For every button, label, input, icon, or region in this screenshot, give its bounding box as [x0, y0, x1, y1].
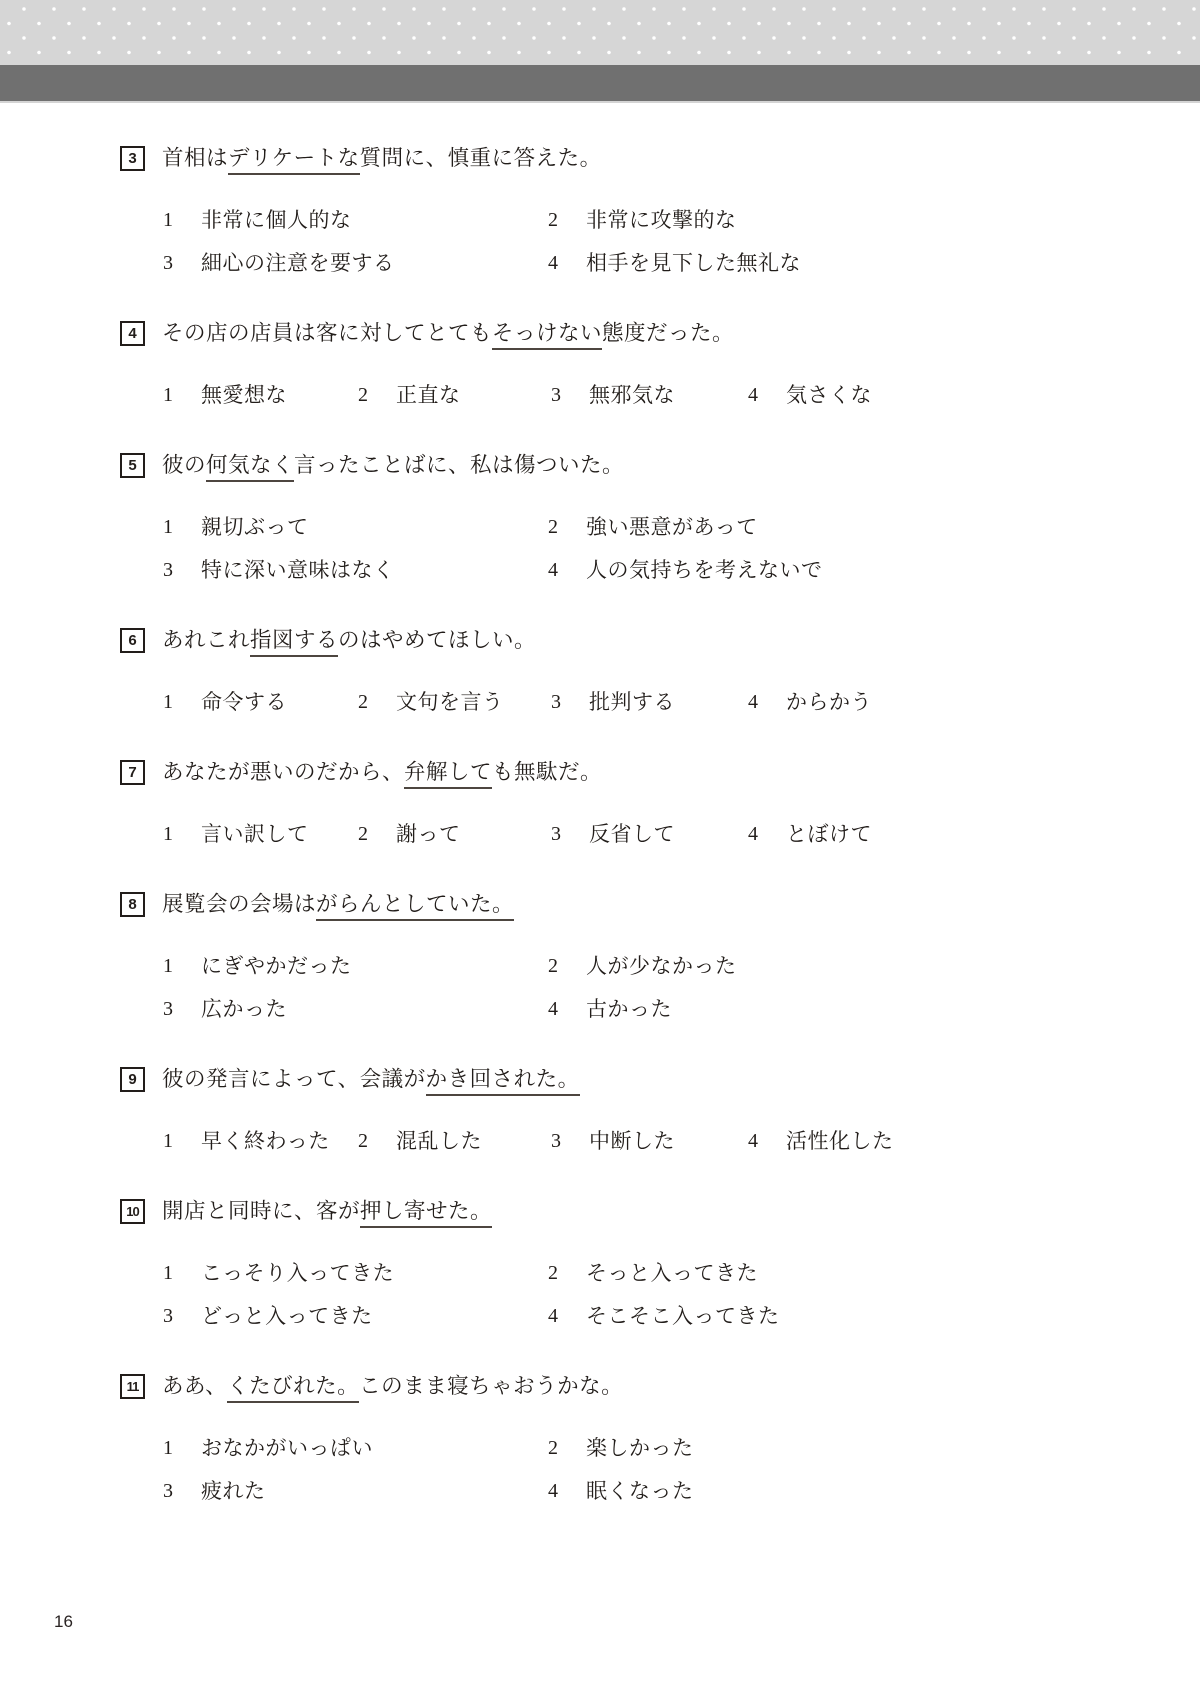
question-7: 7 あなたが悪いのだから、弁解しても無駄だ。 1言い訳して 2謝って 3反省して…	[120, 757, 1140, 849]
option-number: 2	[548, 1434, 560, 1463]
option-text: おなかがいっぱい	[201, 1434, 373, 1463]
question-head: 11 ああ、くたびれた。このまま寝ちゃおうかな。	[120, 1371, 1140, 1402]
stem-post: 言ったことばに、私は傷ついた。	[294, 453, 624, 477]
question-3: 3 首相はデリケートな質問に、慎重に答えた。 1非常に個人的な 2非常に攻撃的な…	[120, 143, 1140, 278]
option-number: 3	[163, 995, 175, 1024]
option-text: 強い悪意があって	[586, 513, 758, 542]
option-number: 1	[163, 688, 175, 717]
option-1: 1おなかがいっぱい	[163, 1434, 548, 1463]
question-list: 3 首相はデリケートな質問に、慎重に答えた。 1非常に個人的な 2非常に攻撃的な…	[0, 103, 1200, 1506]
stem-pre: あなたが悪いのだから、	[162, 760, 404, 784]
stem-underlined: 押し寄せた。	[360, 1199, 492, 1228]
option-1: 1命令する	[163, 688, 358, 717]
option-3: 3無邪気な	[551, 381, 748, 410]
option-number: 2	[548, 513, 560, 542]
question-8: 8 展覧会の会場はがらんとしていた。 1にぎやかだった 2人が少なかった 3広か…	[120, 889, 1140, 1024]
question-head: 8 展覧会の会場はがらんとしていた。	[120, 889, 1140, 920]
option-text: 相手を見下した無礼な	[586, 249, 801, 278]
options: 1非常に個人的な 2非常に攻撃的な 3細心の注意を要する 4相手を見下した無礼な	[163, 206, 1140, 278]
stem-pre: その店の店員は客に対してとても	[162, 321, 492, 345]
option-4: 4眠くなった	[548, 1477, 1140, 1506]
stem-underlined: 弁解して	[404, 760, 492, 789]
page-header	[0, 0, 1200, 103]
question-11: 11 ああ、くたびれた。このまま寝ちゃおうかな。 1おなかがいっぱい 2楽しかっ…	[120, 1371, 1140, 1506]
option-number: 2	[548, 1259, 560, 1288]
option-text: 早く終わった	[201, 1127, 330, 1156]
stem-underlined: がらんとしていた。	[316, 892, 514, 921]
question-stem: あなたが悪いのだから、弁解しても無駄だ。	[162, 757, 602, 788]
option-number: 3	[551, 381, 563, 410]
option-text: 謝って	[396, 820, 461, 849]
option-4: 4古かった	[548, 995, 1140, 1024]
stem-post: このまま寝ちゃおうかな。	[359, 1374, 623, 1398]
question-10: 10 開店と同時に、客が押し寄せた。 1こっそり入ってきた 2そっと入ってきた …	[120, 1196, 1140, 1331]
option-1: 1こっそり入ってきた	[163, 1259, 548, 1288]
option-number: 3	[163, 1302, 175, 1331]
page-number: 16	[54, 1612, 73, 1632]
stem-pre: あれこれ	[162, 628, 250, 652]
option-2: 2そっと入ってきた	[548, 1259, 1140, 1288]
option-number: 3	[163, 1477, 175, 1506]
question-number-box: 10	[120, 1199, 145, 1224]
option-4: 4気さくな	[748, 381, 1140, 410]
option-number: 4	[548, 995, 560, 1024]
option-number: 4	[548, 1477, 560, 1506]
question-number-box: 11	[120, 1374, 145, 1399]
stem-underlined: 何気なく	[206, 453, 294, 482]
question-5: 5 彼の何気なく言ったことばに、私は傷ついた。 1親切ぶって 2強い悪意があって…	[120, 450, 1140, 585]
question-stem: その店の店員は客に対してとてもそっけない態度だった。	[162, 318, 734, 349]
header-dark-bar	[0, 65, 1200, 103]
stem-pre: 彼の	[162, 453, 206, 477]
question-head: 6 あれこれ指図するのはやめてほしい。	[120, 625, 1140, 656]
option-3: 3細心の注意を要する	[163, 249, 548, 278]
option-number: 1	[163, 820, 175, 849]
question-number-box: 6	[120, 628, 145, 653]
stem-underlined: くたびれた。	[227, 1374, 359, 1403]
option-text: にぎやかだった	[201, 952, 352, 981]
question-number-box: 9	[120, 1067, 145, 1092]
question-head: 5 彼の何気なく言ったことばに、私は傷ついた。	[120, 450, 1140, 481]
option-3: 3特に深い意味はなく	[163, 556, 548, 585]
question-stem: 展覧会の会場はがらんとしていた。	[162, 889, 514, 920]
option-number: 3	[551, 820, 563, 849]
option-1: 1非常に個人的な	[163, 206, 548, 235]
question-6: 6 あれこれ指図するのはやめてほしい。 1命令する 2文句を言う 3批判する 4…	[120, 625, 1140, 717]
option-4: 4相手を見下した無礼な	[548, 249, 1140, 278]
option-text: 特に深い意味はなく	[201, 556, 395, 585]
option-2: 2楽しかった	[548, 1434, 1140, 1463]
option-3: 3どっと入ってきた	[163, 1302, 548, 1331]
question-number-box: 5	[120, 453, 145, 478]
option-number: 4	[748, 1127, 760, 1156]
option-2: 2文句を言う	[358, 688, 551, 717]
question-9: 9 彼の発言によって、会議がかき回された。 1早く終わった 2混乱した 3中断し…	[120, 1064, 1140, 1156]
option-3: 3広かった	[163, 995, 548, 1024]
option-number: 1	[163, 1127, 175, 1156]
option-text: 混乱した	[396, 1127, 482, 1156]
option-number: 1	[163, 1259, 175, 1288]
stem-pre: 彼の発言によって、会議が	[162, 1067, 426, 1091]
option-text: 中断した	[589, 1127, 675, 1156]
option-text: からかう	[786, 688, 872, 717]
option-number: 2	[358, 1127, 370, 1156]
question-stem: 彼の何気なく言ったことばに、私は傷ついた。	[162, 450, 624, 481]
option-1: 1早く終わった	[163, 1127, 358, 1156]
option-3: 3批判する	[551, 688, 748, 717]
option-text: 眠くなった	[586, 1477, 694, 1506]
question-stem: 開店と同時に、客が押し寄せた。	[162, 1196, 492, 1227]
stem-underlined: かき回された。	[426, 1067, 580, 1096]
question-number-box: 4	[120, 321, 145, 346]
option-number: 3	[163, 556, 175, 585]
question-number-box: 8	[120, 892, 145, 917]
option-4: 4人の気持ちを考えないで	[548, 556, 1140, 585]
option-1: 1親切ぶって	[163, 513, 548, 542]
option-number: 4	[548, 249, 560, 278]
option-number: 1	[163, 381, 175, 410]
option-3: 3疲れた	[163, 1477, 548, 1506]
option-4: 4そこそこ入ってきた	[548, 1302, 1140, 1331]
option-number: 1	[163, 513, 175, 542]
option-text: 言い訳して	[201, 820, 309, 849]
option-number: 1	[163, 206, 175, 235]
option-4: 4活性化した	[748, 1127, 1140, 1156]
question-head: 3 首相はデリケートな質問に、慎重に答えた。	[120, 143, 1140, 174]
option-text: 広かった	[201, 995, 287, 1024]
stem-underlined: デリケートな	[228, 146, 360, 175]
question-stem: 首相はデリケートな質問に、慎重に答えた。	[162, 143, 602, 174]
option-4: 4とぼけて	[748, 820, 1140, 849]
option-number: 4	[548, 1302, 560, 1331]
stem-post: のはやめてほしい。	[338, 628, 536, 652]
option-text: 無邪気な	[589, 381, 675, 410]
option-1: 1言い訳して	[163, 820, 358, 849]
option-text: どっと入ってきた	[201, 1302, 373, 1331]
option-number: 2	[548, 952, 560, 981]
option-text: 人の気持ちを考えないで	[586, 556, 823, 585]
stem-pre: 首相は	[162, 146, 228, 170]
question-stem: あれこれ指図するのはやめてほしい。	[162, 625, 536, 656]
option-text: 古かった	[586, 995, 672, 1024]
question-head: 9 彼の発言によって、会議がかき回された。	[120, 1064, 1140, 1095]
stem-underlined: そっけない	[492, 321, 602, 350]
option-text: 正直な	[396, 381, 461, 410]
options: 1無愛想な 2正直な 3無邪気な 4気さくな	[163, 381, 1140, 410]
question-head: 10 開店と同時に、客が押し寄せた。	[120, 1196, 1140, 1227]
option-2: 2非常に攻撃的な	[548, 206, 1140, 235]
option-1: 1にぎやかだった	[163, 952, 548, 981]
options: 1こっそり入ってきた 2そっと入ってきた 3どっと入ってきた 4そこそこ入ってき…	[163, 1259, 1140, 1331]
options: 1言い訳して 2謝って 3反省して 4とぼけて	[163, 820, 1140, 849]
option-2: 2謝って	[358, 820, 551, 849]
options: 1おなかがいっぱい 2楽しかった 3疲れた 4眠くなった	[163, 1434, 1140, 1506]
question-4: 4 その店の店員は客に対してとてもそっけない態度だった。 1無愛想な 2正直な …	[120, 318, 1140, 410]
option-text: 活性化した	[786, 1127, 894, 1156]
option-text: とぼけて	[786, 820, 872, 849]
option-text: 疲れた	[201, 1477, 266, 1506]
option-number: 3	[551, 688, 563, 717]
option-2: 2混乱した	[358, 1127, 551, 1156]
option-text: 命令する	[201, 688, 287, 717]
options: 1命令する 2文句を言う 3批判する 4からかう	[163, 688, 1140, 717]
option-text: 親切ぶって	[201, 513, 309, 542]
stem-post: も無駄だ。	[492, 760, 602, 784]
test-page: 3 首相はデリケートな質問に、慎重に答えた。 1非常に個人的な 2非常に攻撃的な…	[0, 0, 1200, 1693]
option-number: 4	[748, 820, 760, 849]
option-4: 4からかう	[748, 688, 1140, 717]
stem-pre: 開店と同時に、客が	[162, 1199, 360, 1223]
stem-pre: ああ、	[162, 1374, 227, 1398]
options: 1早く終わった 2混乱した 3中断した 4活性化した	[163, 1127, 1140, 1156]
option-1: 1無愛想な	[163, 381, 358, 410]
option-text: 批判する	[589, 688, 675, 717]
question-number-box: 3	[120, 146, 145, 171]
option-text: 細心の注意を要する	[201, 249, 395, 278]
option-number: 2	[358, 688, 370, 717]
option-number: 2	[548, 206, 560, 235]
option-3: 3反省して	[551, 820, 748, 849]
question-number-box: 7	[120, 760, 145, 785]
option-number: 1	[163, 1434, 175, 1463]
option-number: 4	[748, 381, 760, 410]
option-3: 3中断した	[551, 1127, 748, 1156]
option-text: 文句を言う	[396, 688, 504, 717]
stem-post: 質問に、慎重に答えた。	[360, 146, 602, 170]
options: 1にぎやかだった 2人が少なかった 3広かった 4古かった	[163, 952, 1140, 1024]
question-stem: 彼の発言によって、会議がかき回された。	[162, 1064, 580, 1095]
option-text: こっそり入ってきた	[201, 1259, 394, 1288]
option-text: 非常に個人的な	[201, 206, 352, 235]
option-text: 楽しかった	[586, 1434, 694, 1463]
option-number: 3	[551, 1127, 563, 1156]
option-text: 人が少なかった	[586, 952, 737, 981]
option-text: 無愛想な	[201, 381, 287, 410]
option-2: 2強い悪意があって	[548, 513, 1140, 542]
option-text: 反省して	[589, 820, 675, 849]
question-head: 7 あなたが悪いのだから、弁解しても無駄だ。	[120, 757, 1140, 788]
option-text: そっと入ってきた	[586, 1259, 758, 1288]
option-2: 2正直な	[358, 381, 551, 410]
option-text: 非常に攻撃的な	[586, 206, 737, 235]
option-number: 4	[548, 556, 560, 585]
header-dotted-band	[0, 0, 1200, 65]
option-number: 3	[163, 249, 175, 278]
question-stem: ああ、くたびれた。このまま寝ちゃおうかな。	[162, 1371, 623, 1402]
option-number: 2	[358, 820, 370, 849]
stem-pre: 展覧会の会場は	[162, 892, 316, 916]
option-number: 4	[748, 688, 760, 717]
option-number: 2	[358, 381, 370, 410]
options: 1親切ぶって 2強い悪意があって 3特に深い意味はなく 4人の気持ちを考えないで	[163, 513, 1140, 585]
option-number: 1	[163, 952, 175, 981]
option-text: 気さくな	[786, 381, 872, 410]
option-text: そこそこ入ってきた	[586, 1302, 780, 1331]
question-head: 4 その店の店員は客に対してとてもそっけない態度だった。	[120, 318, 1140, 349]
stem-post: 態度だった。	[602, 321, 734, 345]
option-2: 2人が少なかった	[548, 952, 1140, 981]
stem-underlined: 指図する	[250, 628, 338, 657]
